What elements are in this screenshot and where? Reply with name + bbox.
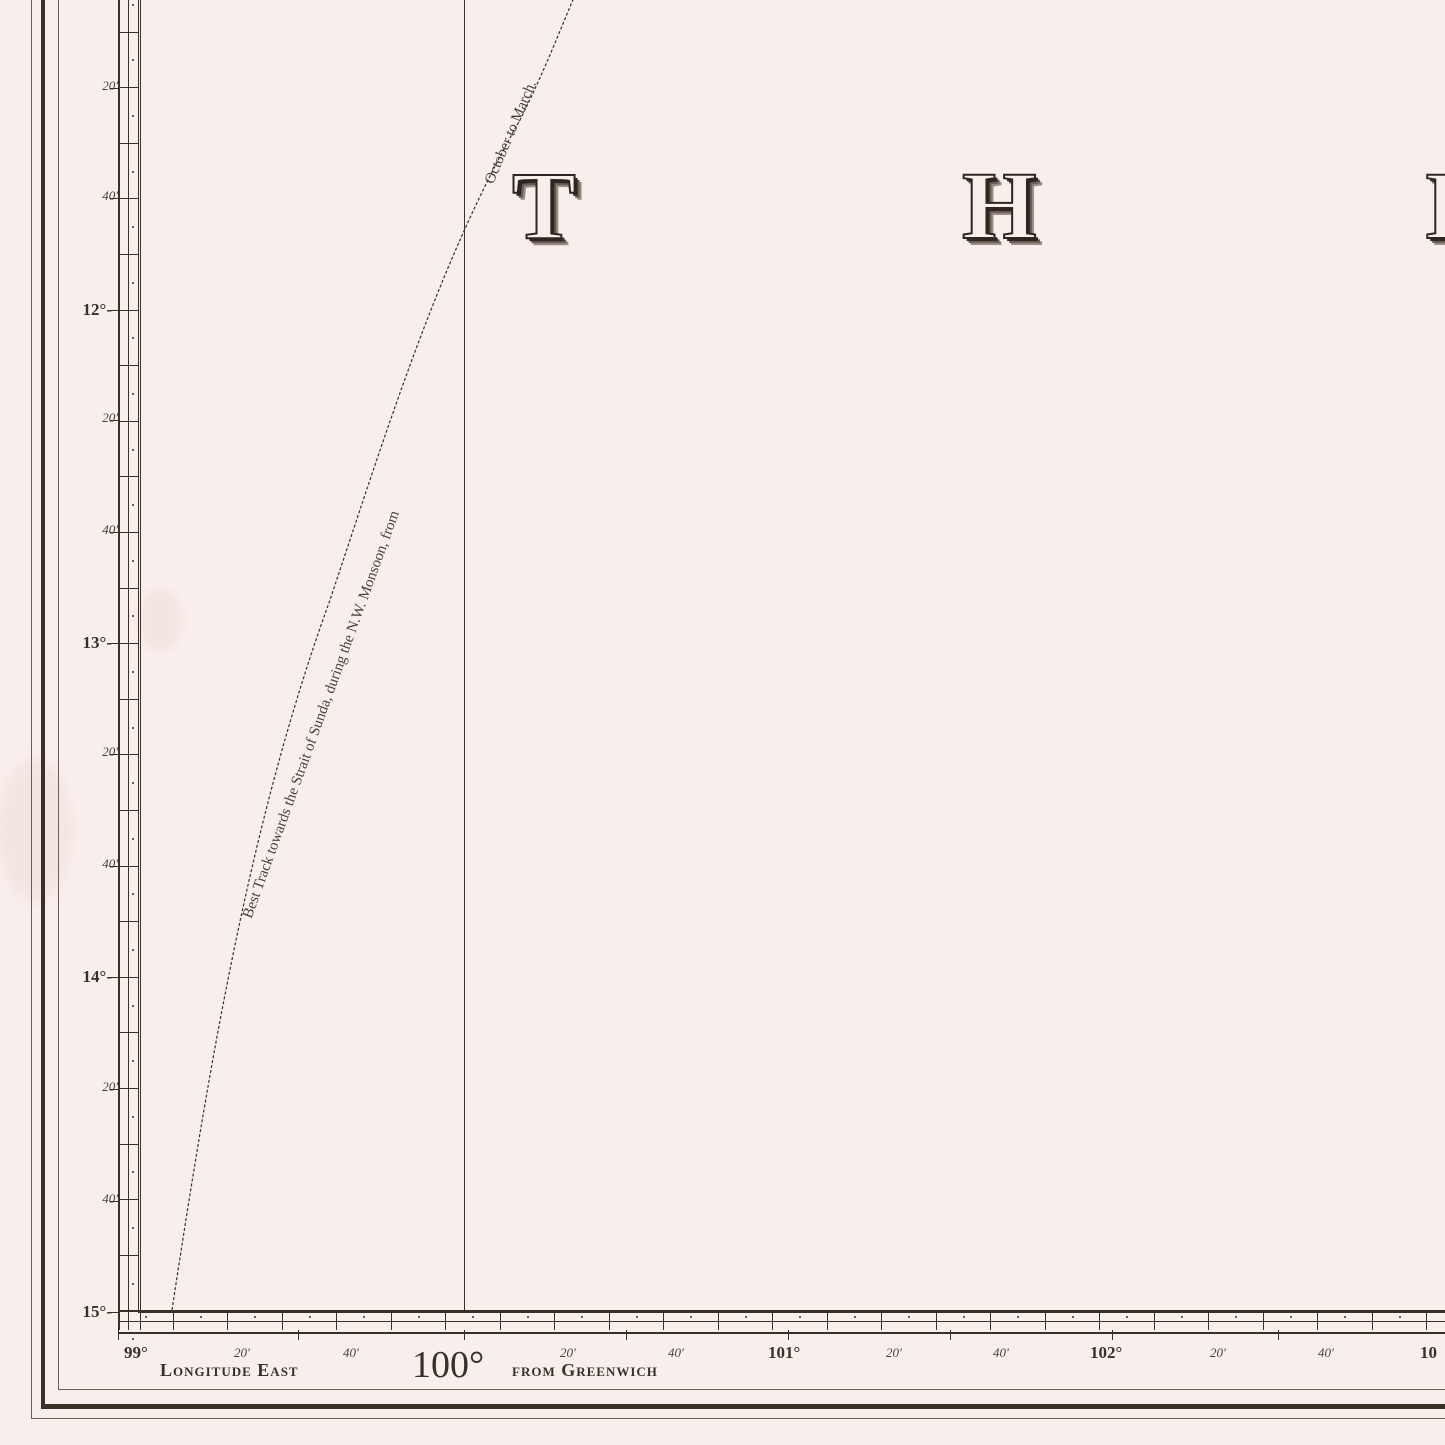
caption-longitude-east: Longitude East <box>160 1360 299 1381</box>
title-letter-t: T <box>512 158 576 254</box>
best-track-line <box>0 0 1445 1445</box>
caption-from-greenwich: from Greenwich <box>512 1360 658 1381</box>
title-letter-h: H <box>962 158 1037 254</box>
caption-100-degrees: 100° <box>412 1343 484 1387</box>
title-letter-i: I <box>1424 158 1445 254</box>
